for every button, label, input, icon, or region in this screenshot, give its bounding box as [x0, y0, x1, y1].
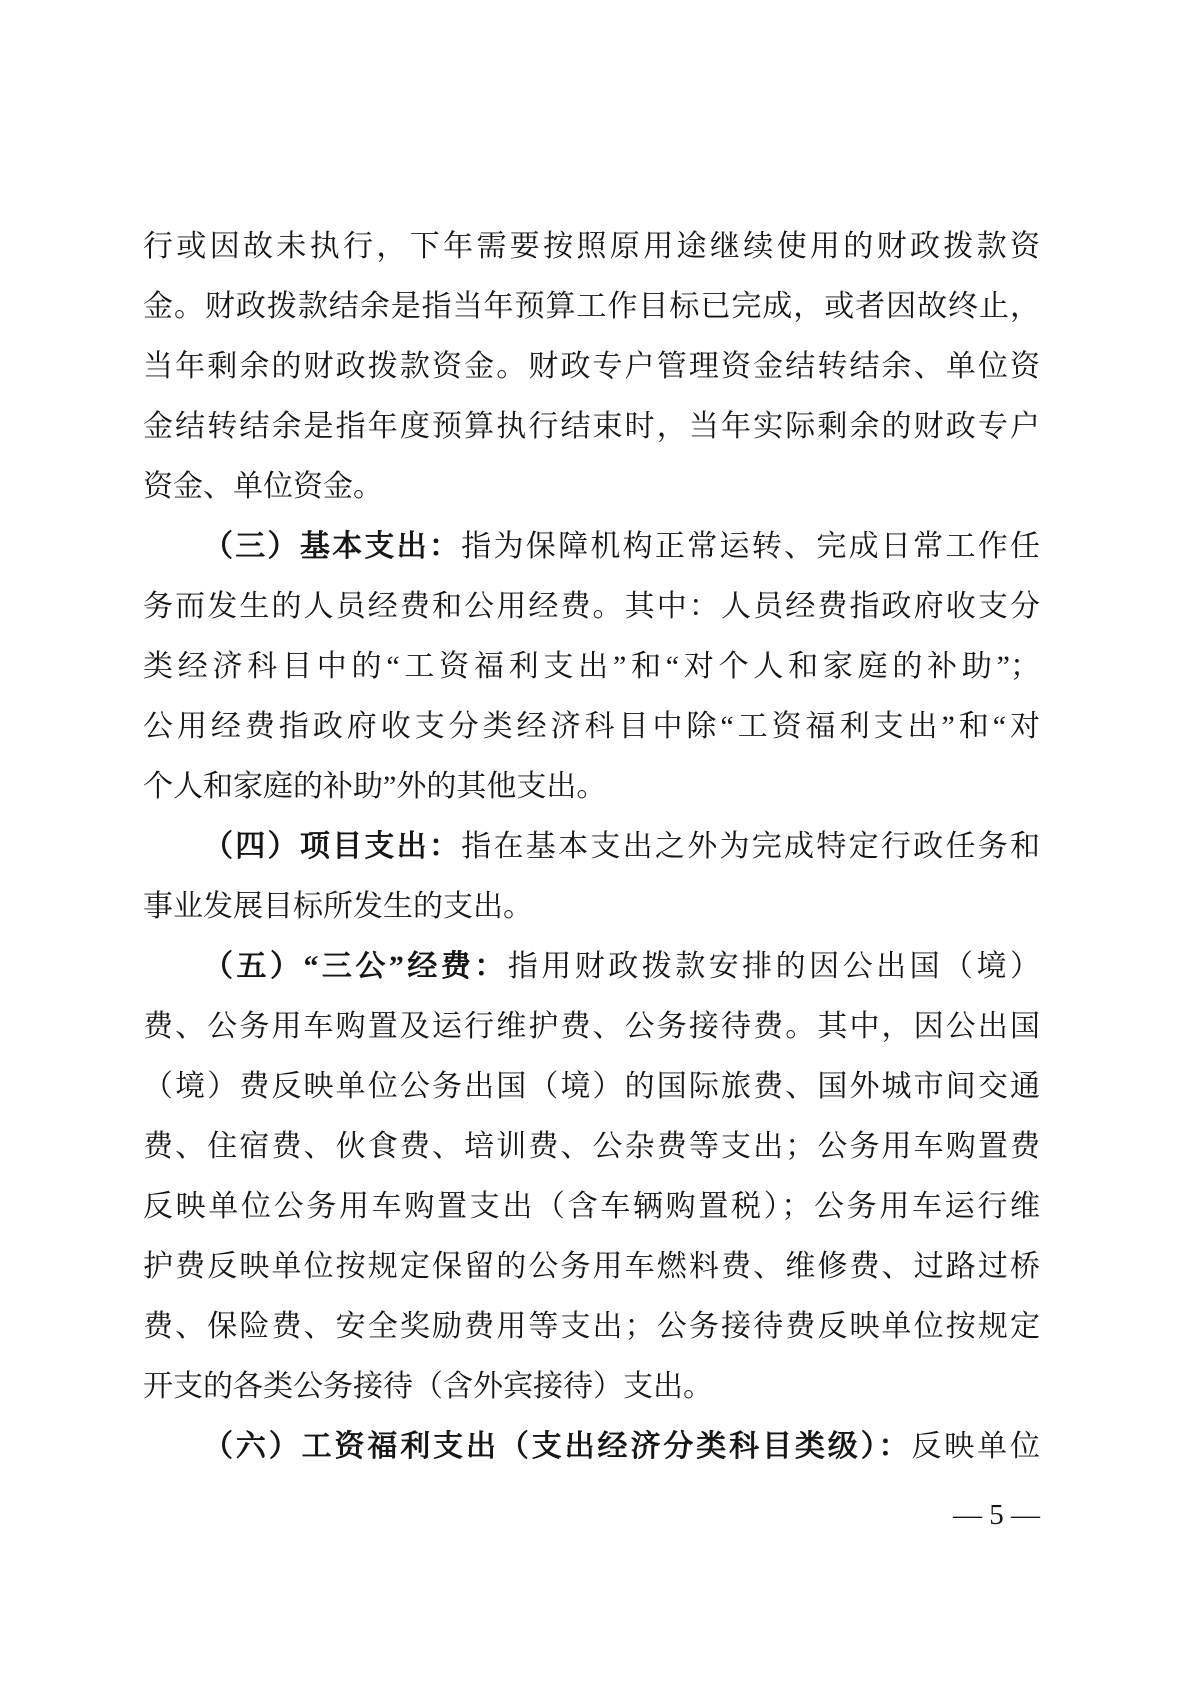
text-line: 公用经费指政府收支分类经济科目中除“工资福利支出”和“对 [143, 697, 1040, 757]
text-line: 资金、单位资金。 [143, 457, 1040, 517]
line-text: 金结转结余是指年度预算执行结束时，当年实际剩余的财政专户 [143, 410, 1040, 443]
text-line: 护费反映单位按规定保留的公务用车燃料费、维修费、过路过桥 [143, 1237, 1040, 1297]
text-line: 类经济科目中的“工资福利支出”和“对个人和家庭的补助”； [143, 637, 1040, 697]
line-text: 类经济科目中的“工资福利支出”和“对个人和家庭的补助”； [143, 650, 1040, 683]
section-heading: （三）基本支出： [203, 530, 461, 563]
text-line: 当年剩余的财政拨款资金。财政专户管理资金结转结余、单位资 [143, 337, 1040, 397]
line-text: 费、保险费、安全奖励费用等支出；公务接待费反映单位按规定 [143, 1310, 1040, 1343]
line-text: 费、公务用车购置及运行维护费、公务接待费。其中，因公出国 [143, 1010, 1040, 1043]
line-text: 金。财政拨款结余是指当年预算工作目标已完成，或者因故终止， [143, 290, 1040, 323]
line-text: 当年剩余的财政拨款资金。财政专户管理资金结转结余、单位资 [143, 350, 1040, 383]
text-line: 事业发展目标所发生的支出。 [143, 877, 1040, 937]
line-text: 资金、单位资金。 [143, 470, 383, 503]
line-text: 指用财政拨款安排的因公出国（境） [508, 950, 1040, 983]
text-line: 金结转结余是指年度预算执行结束时，当年实际剩余的财政专户 [143, 397, 1040, 457]
text-line: 开支的各类公务接待（含外宾接待）支出。 [143, 1357, 1040, 1417]
line-text: 反映单位 [911, 1430, 1040, 1463]
section-heading: （四）项目支出： [203, 830, 461, 863]
line-text: 护费反映单位按规定保留的公务用车燃料费、维修费、过路过桥 [143, 1250, 1040, 1283]
line-text: 务而发生的人员经费和公用经费。其中：人员经费指政府收支分 [143, 590, 1040, 623]
text-line: 金。财政拨款结余是指当年预算工作目标已完成，或者因故终止， [143, 277, 1040, 337]
page-number: — 5 — [953, 1498, 1040, 1532]
section-heading: （六）工资福利支出（支出经济分类科目类级）： [203, 1430, 911, 1463]
line-text: 反映单位公务用车购置支出（含车辆购置税）；公务用车运行维 [143, 1190, 1040, 1223]
text-line: （三）基本支出：指为保障机构正常运转、完成日常工作任 [143, 517, 1040, 577]
document-body: 行或因故未执行，下年需要按照原用途继续使用的财政拨款资金。财政拨款结余是指当年预… [143, 217, 1040, 1477]
text-line: （四）项目支出：指在基本支出之外为完成特定行政任务和 [143, 817, 1040, 877]
text-line: 费、住宿费、伙食费、培训费、公杂费等支出；公务用车购置费 [143, 1117, 1040, 1177]
line-text: 公用经费指政府收支分类经济科目中除“工资福利支出”和“对 [143, 710, 1040, 743]
line-text: 指为保障机构正常运转、完成日常工作任 [461, 530, 1040, 563]
section-heading: （五）“三公”经费： [203, 950, 508, 983]
line-text: 行或因故未执行，下年需要按照原用途继续使用的财政拨款资 [143, 230, 1040, 263]
line-text: 费、住宿费、伙食费、培训费、公杂费等支出；公务用车购置费 [143, 1130, 1040, 1163]
text-line: 费、公务用车购置及运行维护费、公务接待费。其中，因公出国 [143, 997, 1040, 1057]
text-line: （六）工资福利支出（支出经济分类科目类级）：反映单位 [143, 1417, 1040, 1477]
text-line: 行或因故未执行，下年需要按照原用途继续使用的财政拨款资 [143, 217, 1040, 277]
text-line: 个人和家庭的补助”外的其他支出。 [143, 757, 1040, 817]
text-line: 反映单位公务用车购置支出（含车辆购置税）；公务用车运行维 [143, 1177, 1040, 1237]
text-line: （五）“三公”经费：指用财政拨款安排的因公出国（境） [143, 937, 1040, 997]
line-text: 开支的各类公务接待（含外宾接待）支出。 [143, 1370, 713, 1403]
text-line: 费、保险费、安全奖励费用等支出；公务接待费反映单位按规定 [143, 1297, 1040, 1357]
line-text: （境）费反映单位公务出国（境）的国际旅费、国外城市间交通 [143, 1070, 1040, 1103]
line-text: 事业发展目标所发生的支出。 [143, 890, 533, 923]
text-line: （境）费反映单位公务出国（境）的国际旅费、国外城市间交通 [143, 1057, 1040, 1117]
line-text: 个人和家庭的补助”外的其他支出。 [143, 770, 606, 803]
text-line: 务而发生的人员经费和公用经费。其中：人员经费指政府收支分 [143, 577, 1040, 637]
page-number-text: — 5 — [953, 1499, 1040, 1531]
line-text: 指在基本支出之外为完成特定行政任务和 [461, 830, 1040, 863]
document-page: 行或因故未执行，下年需要按照原用途继续使用的财政拨款资金。财政拨款结余是指当年预… [0, 0, 1190, 1683]
